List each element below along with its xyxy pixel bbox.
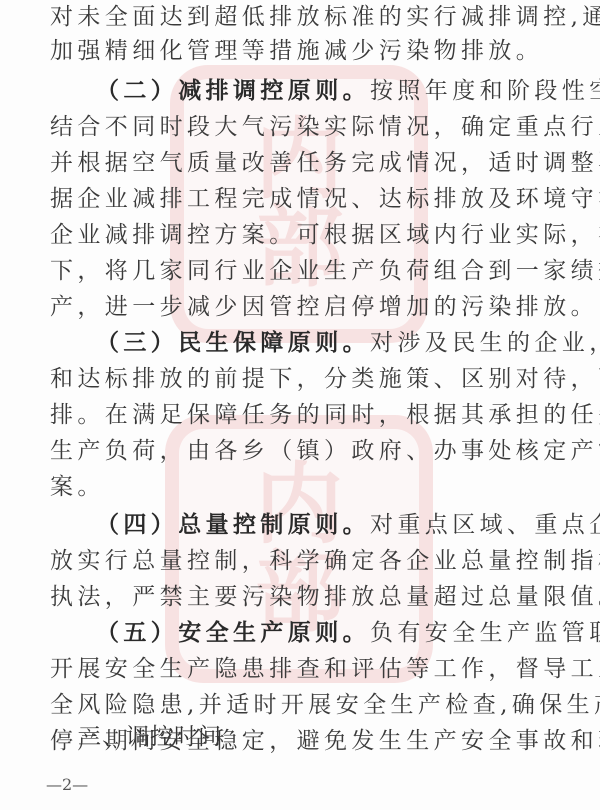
paragraph-first-line: （四）总量控制原则。对重点区域、重点企业主要污染物排 [96, 510, 600, 540]
text-line: 排。在满足保障任务的同时，根据其承担的任务量核定最大允许 [50, 400, 600, 430]
paragraph-first-line: （三）民生保障原则。对涉及民生的企业，在确保稳定运行 [96, 328, 600, 358]
text-line: 结合不同时段大气污染实际情况，确定重点行业减排调控幅度， [50, 112, 600, 142]
paragraph-lead-principle-2: （二）减排调控原则。 [96, 77, 370, 104]
text-line: 全风险隐患,并适时开展安全生产检查,确保生产经营单位限产、 [50, 690, 600, 720]
text-line: 停产期间安全稳定，避免发生生产安全事故和环境污染事件。 [50, 726, 600, 756]
text-line: 产，进一步减少因管控启停增加的污染排放。 [50, 292, 598, 322]
text-line: 生产负荷，由各乡（镇）政府、办事处核定产能后报区攻坚办备 [50, 436, 600, 466]
paragraph-lead-principle-3: （三）民生保障原则。 [96, 329, 370, 356]
text-line: 加强精细化管理等措施减少污染物排放。 [50, 36, 543, 66]
text-line: 案。 [50, 472, 105, 502]
text-line: 下，将几家同行业企业生产负荷组合到一家绩效评估好的企业生 [50, 256, 600, 286]
paragraph-first-line: （二）减排调控原则。按照年度和阶段性空气质量改善目标， [96, 76, 600, 106]
text-line: 对未全面达到超低排放标准的实行减排调控,通过降低生产负荷、 [50, 2, 600, 32]
page-number: —2— [46, 775, 88, 794]
text-line: 据企业减排工程完成情况、达标排放及环境守法情况，动态调整 [50, 184, 600, 214]
text-line: 和达标排放的前提下，分类施策、区别对待，可少减排或自主减 [50, 364, 600, 394]
text-line: 开展安全生产隐患排查和评估等工作，督导工业企业定期排查安 [50, 654, 600, 684]
paragraph-lead-principle-5: （五）安全生产原则。 [96, 619, 370, 646]
text-line: 并根据空气质量改善任务完成情况，适时调整减排调控比例。根 [50, 148, 600, 178]
paragraph-first-line: （五）安全生产原则。负有安全生产监管职责的部门应组织 [96, 618, 600, 648]
text-line: 执法，严禁主要污染物排放总量超过总量限值。 [50, 582, 600, 612]
paragraph-lead-principle-4: （四）总量控制原则。 [96, 511, 370, 538]
text-line: 放实行总量控制，科学确定各企业总量控制指标，加强监管严格 [50, 546, 600, 576]
text-line: 企业减排调控方案。可根据区域内行业实际，在企业自愿的前提 [50, 220, 600, 250]
